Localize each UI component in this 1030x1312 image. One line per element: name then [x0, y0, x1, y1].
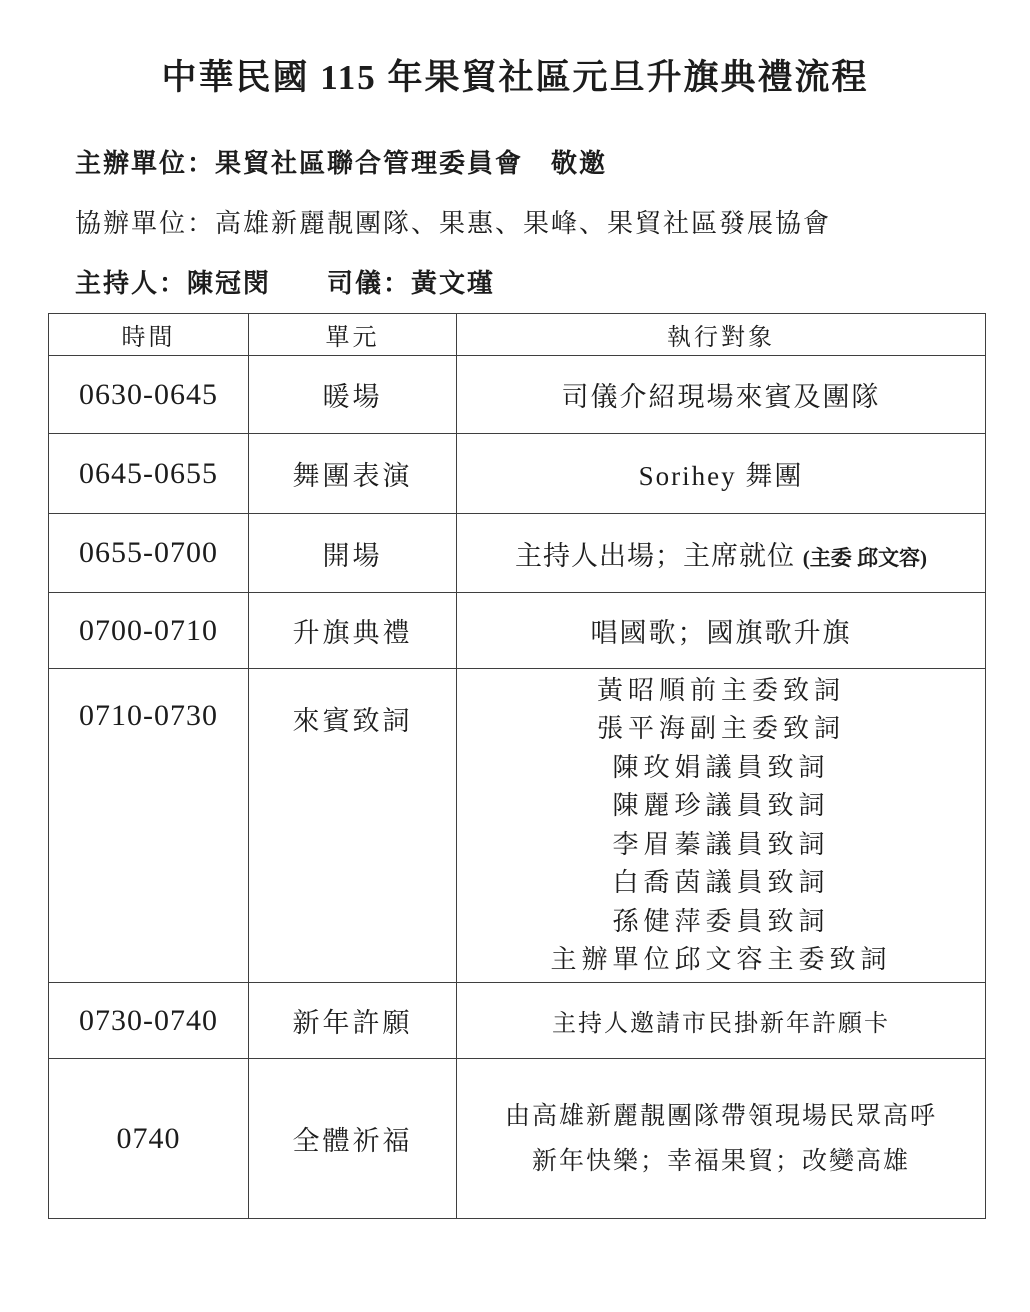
exec-cell: 主持人邀請市民掛新年許願卡: [457, 983, 986, 1059]
speech-line: 陳麗珍議員致詞: [463, 787, 979, 826]
header-unit: 單元: [249, 314, 457, 356]
speech-line: 陳玫娟議員致詞: [463, 749, 979, 788]
speech-line: 黃昭順前主委致詞: [463, 672, 979, 711]
exec-cell: 司儀介紹現場來賓及團隊: [457, 356, 986, 434]
document-page: 中華民國 115 年果貿社區元旦升旗典禮流程 主辦單位：果貿社區聯合管理委員會 …: [0, 0, 1030, 1312]
time-cell: 0710-0730: [49, 669, 249, 983]
unit-cell: 全體祈福: [249, 1059, 457, 1219]
schedule-table: 時間 單元 執行對象 0630-0645 暖場 司儀介紹現場來賓及團隊 0645…: [48, 313, 986, 1219]
table-header-row: 時間 單元 執行對象: [49, 314, 986, 356]
page-title: 中華民國 115 年果貿社區元旦升旗典禮流程: [0, 50, 1030, 100]
table-row: 0630-0645 暖場 司儀介紹現場來賓及團隊: [49, 356, 986, 434]
speech-line: 孫健萍委員致詞: [463, 903, 979, 942]
table-row: 0700-0710 升旗典禮 唱國歌；國旗歌升旗: [49, 593, 986, 669]
time-cell: 0655-0700: [49, 514, 249, 593]
table-row: 0740 全體祈福 由高雄新麗靚團隊帶領現場民眾高呼 新年快樂；幸福果貿；改變高…: [49, 1059, 986, 1219]
header-time: 時間: [49, 314, 249, 356]
exec-line: 由高雄新麗靚團隊帶領現場民眾高呼: [463, 1094, 979, 1139]
table-row: 0710-0730 來賓致詞 黃昭順前主委致詞 張平海副主委致詞 陳玫娟議員致詞…: [49, 669, 986, 983]
speech-line: 白喬茵議員致詞: [463, 864, 979, 903]
unit-cell: 暖場: [249, 356, 457, 434]
speech-line: 李眉蓁議員致詞: [463, 826, 979, 865]
time-cell: 0740: [49, 1059, 249, 1219]
host-line: 主持人：陳冠閔 司儀：黃文瑾: [75, 268, 990, 300]
organizer-line: 主辦單位：果貿社區聯合管理委員會 敬邀: [75, 148, 990, 180]
table-row: 0655-0700 開場 主持人出場；主席就位 (主委 邱文容): [49, 514, 986, 593]
exec-cell: 主持人出場；主席就位 (主委 邱文容): [457, 514, 986, 593]
exec-line: 新年快樂；幸福果貿；改變高雄: [463, 1139, 979, 1184]
header-exec: 執行對象: [457, 314, 986, 356]
co-organizer-line: 協辦單位：高雄新麗靚團隊、果惠、果峰、果貿社區發展協會: [75, 208, 990, 240]
exec-cell: Sorihey 舞團: [457, 434, 986, 514]
meta-block: 主辦單位：果貿社區聯合管理委員會 敬邀 協辦單位：高雄新麗靚團隊、果惠、果峰、果…: [75, 148, 990, 300]
exec-cell: 唱國歌；國旗歌升旗: [457, 593, 986, 669]
unit-cell: 升旗典禮: [249, 593, 457, 669]
exec-text: 主持人出場；主席就位: [515, 541, 803, 571]
time-cell: 0700-0710: [49, 593, 249, 669]
unit-cell: 來賓致詞: [249, 669, 457, 983]
time-cell: 0630-0645: [49, 356, 249, 434]
exec-cell: 黃昭順前主委致詞 張平海副主委致詞 陳玫娟議員致詞 陳麗珍議員致詞 李眉蓁議員致…: [457, 669, 986, 983]
time-cell: 0645-0655: [49, 434, 249, 514]
unit-cell: 舞團表演: [249, 434, 457, 514]
unit-cell: 新年許願: [249, 983, 457, 1059]
table-row: 0645-0655 舞團表演 Sorihey 舞團: [49, 434, 986, 514]
unit-cell: 開場: [249, 514, 457, 593]
table-row: 0730-0740 新年許願 主持人邀請市民掛新年許願卡: [49, 983, 986, 1059]
speech-line: 主辦單位邱文容主委致詞: [463, 941, 979, 980]
time-cell: 0730-0740: [49, 983, 249, 1059]
exec-note: (主委 邱文容): [803, 546, 927, 570]
exec-cell: 由高雄新麗靚團隊帶領現場民眾高呼 新年快樂；幸福果貿；改變高雄: [457, 1059, 986, 1219]
speech-line: 張平海副主委致詞: [463, 710, 979, 749]
